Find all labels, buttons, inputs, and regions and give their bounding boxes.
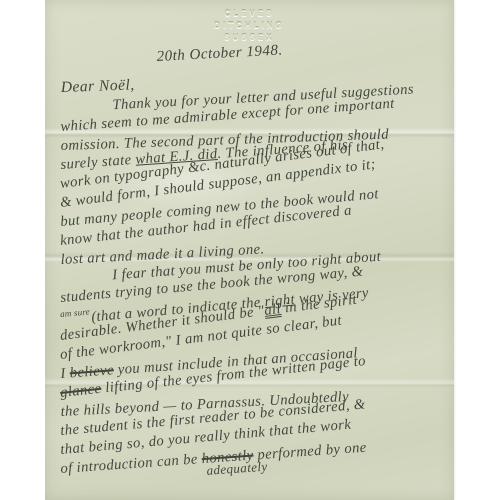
line-segment: performed by one — [253, 440, 367, 464]
strikethrough-word: believe — [69, 362, 114, 381]
letterhead-line-2: DITCHLING — [45, 20, 454, 32]
letter-paper: CLEVES DITCHLING SUSSEX 20th October 194… — [45, 0, 454, 500]
strikethrough-word: honestlyadequately — [201, 448, 254, 468]
letter-scan: { "document": { "kind": "handwritten let… — [0, 0, 500, 500]
letter-body: Thank you for your letter and useful sug… — [45, 100, 454, 480]
strikethrough-word: glance — [59, 381, 102, 401]
inserted-word-above: am sure — [60, 306, 91, 319]
inserted-word-below: adequately — [206, 459, 268, 479]
letterhead-line-1: CLEVES — [45, 8, 454, 20]
